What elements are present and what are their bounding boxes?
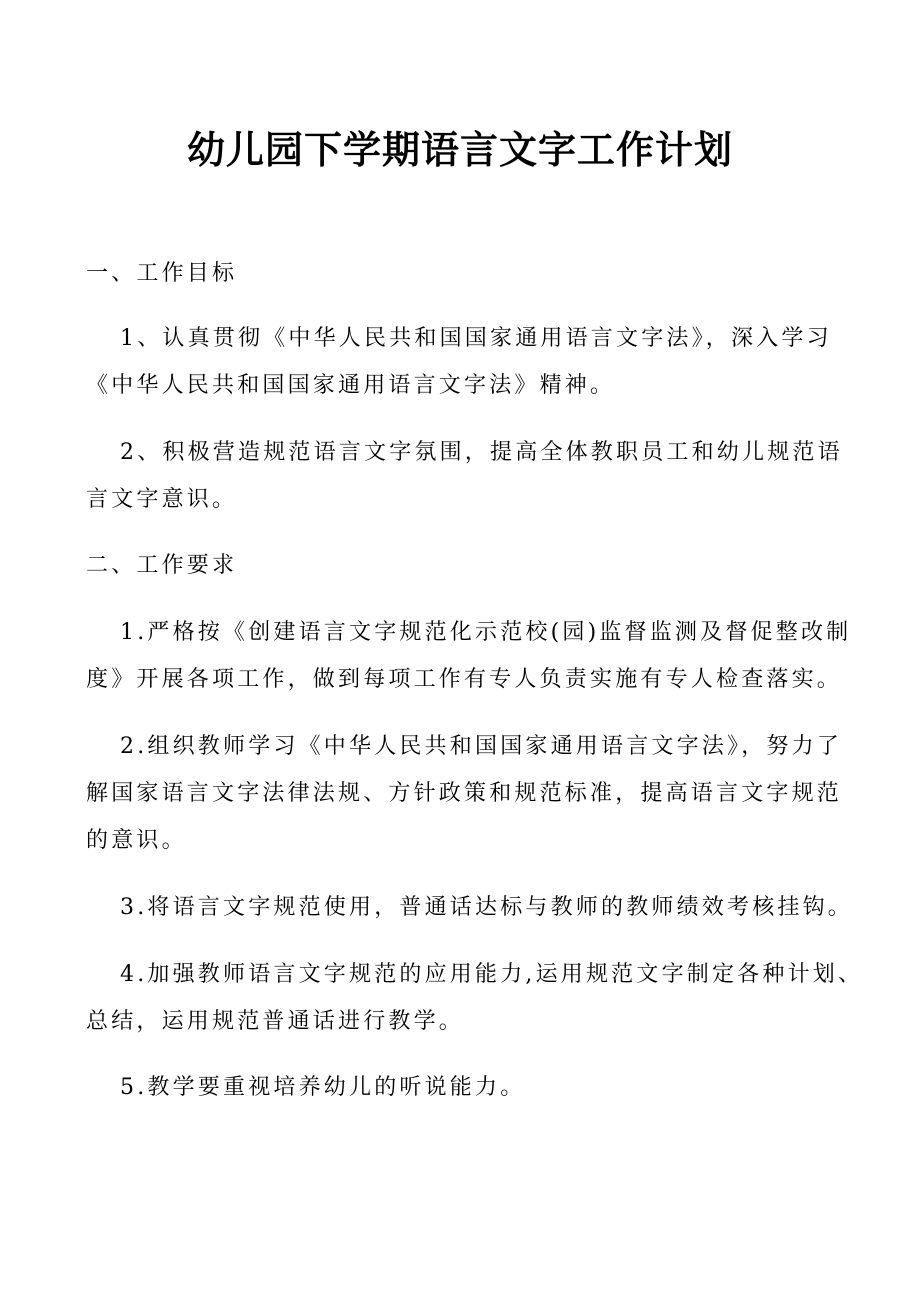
requirement-item-1-line-2: 度》开展各项工作，做到每项工作有专人负责实施有专人检查落实。 (86, 665, 842, 695)
requirement-item-3-line-1: 3.将语言文字规范使用，普通话达标与教师的教师绩效考核挂钩。 (120, 893, 853, 923)
requirement-item-2-line-2: 解国家语言文字法律法规、方针政策和规范标准，提高语言文字规范 (86, 779, 842, 809)
requirement-item-2-line-1: 2.组织教师学习《中华人民共和国国家通用语言文字法》，努力了 (120, 732, 842, 762)
requirement-item-4-line-2: 总结，运用规范普通话进行教学。 (86, 1007, 464, 1037)
document-page: 幼儿园下学期语言文字工作计划 一、工作目标 1、认真贯彻《中华人民共和国国家通用… (0, 0, 920, 1302)
section-heading-requirements: 二、工作要求 (86, 551, 237, 581)
requirement-item-2-line-3: 的意识。 (86, 826, 187, 856)
goal-item-1-line-1: 1、认真贯彻《中华人民共和国国家通用语言文字法》，深入学习 (120, 324, 832, 354)
goal-item-1-line-2: 《中华人民共和国国家通用语言文字法》精神。 (86, 371, 615, 401)
goal-item-2-line-2: 言文字意识。 (86, 485, 237, 515)
requirement-item-5-line-1: 5.教学要重视培养幼儿的听说能力。 (120, 1073, 525, 1103)
section-heading-goals: 一、工作目标 (86, 259, 237, 289)
requirement-item-1-line-1: 1.严格按《创建语言文字规范化示范校(园)监督监测及督促整改制 (120, 618, 851, 648)
document-title: 幼儿园下学期语言文字工作计划 (0, 124, 920, 176)
goal-item-2-line-1: 2、积极营造规范语言文字氛围，提高全体教职员工和幼儿规范语 (120, 438, 843, 468)
requirement-item-4-line-1: 4.加强教师语言文字规范的应用能力,运用规范文字制定各种计划、 (120, 960, 863, 990)
